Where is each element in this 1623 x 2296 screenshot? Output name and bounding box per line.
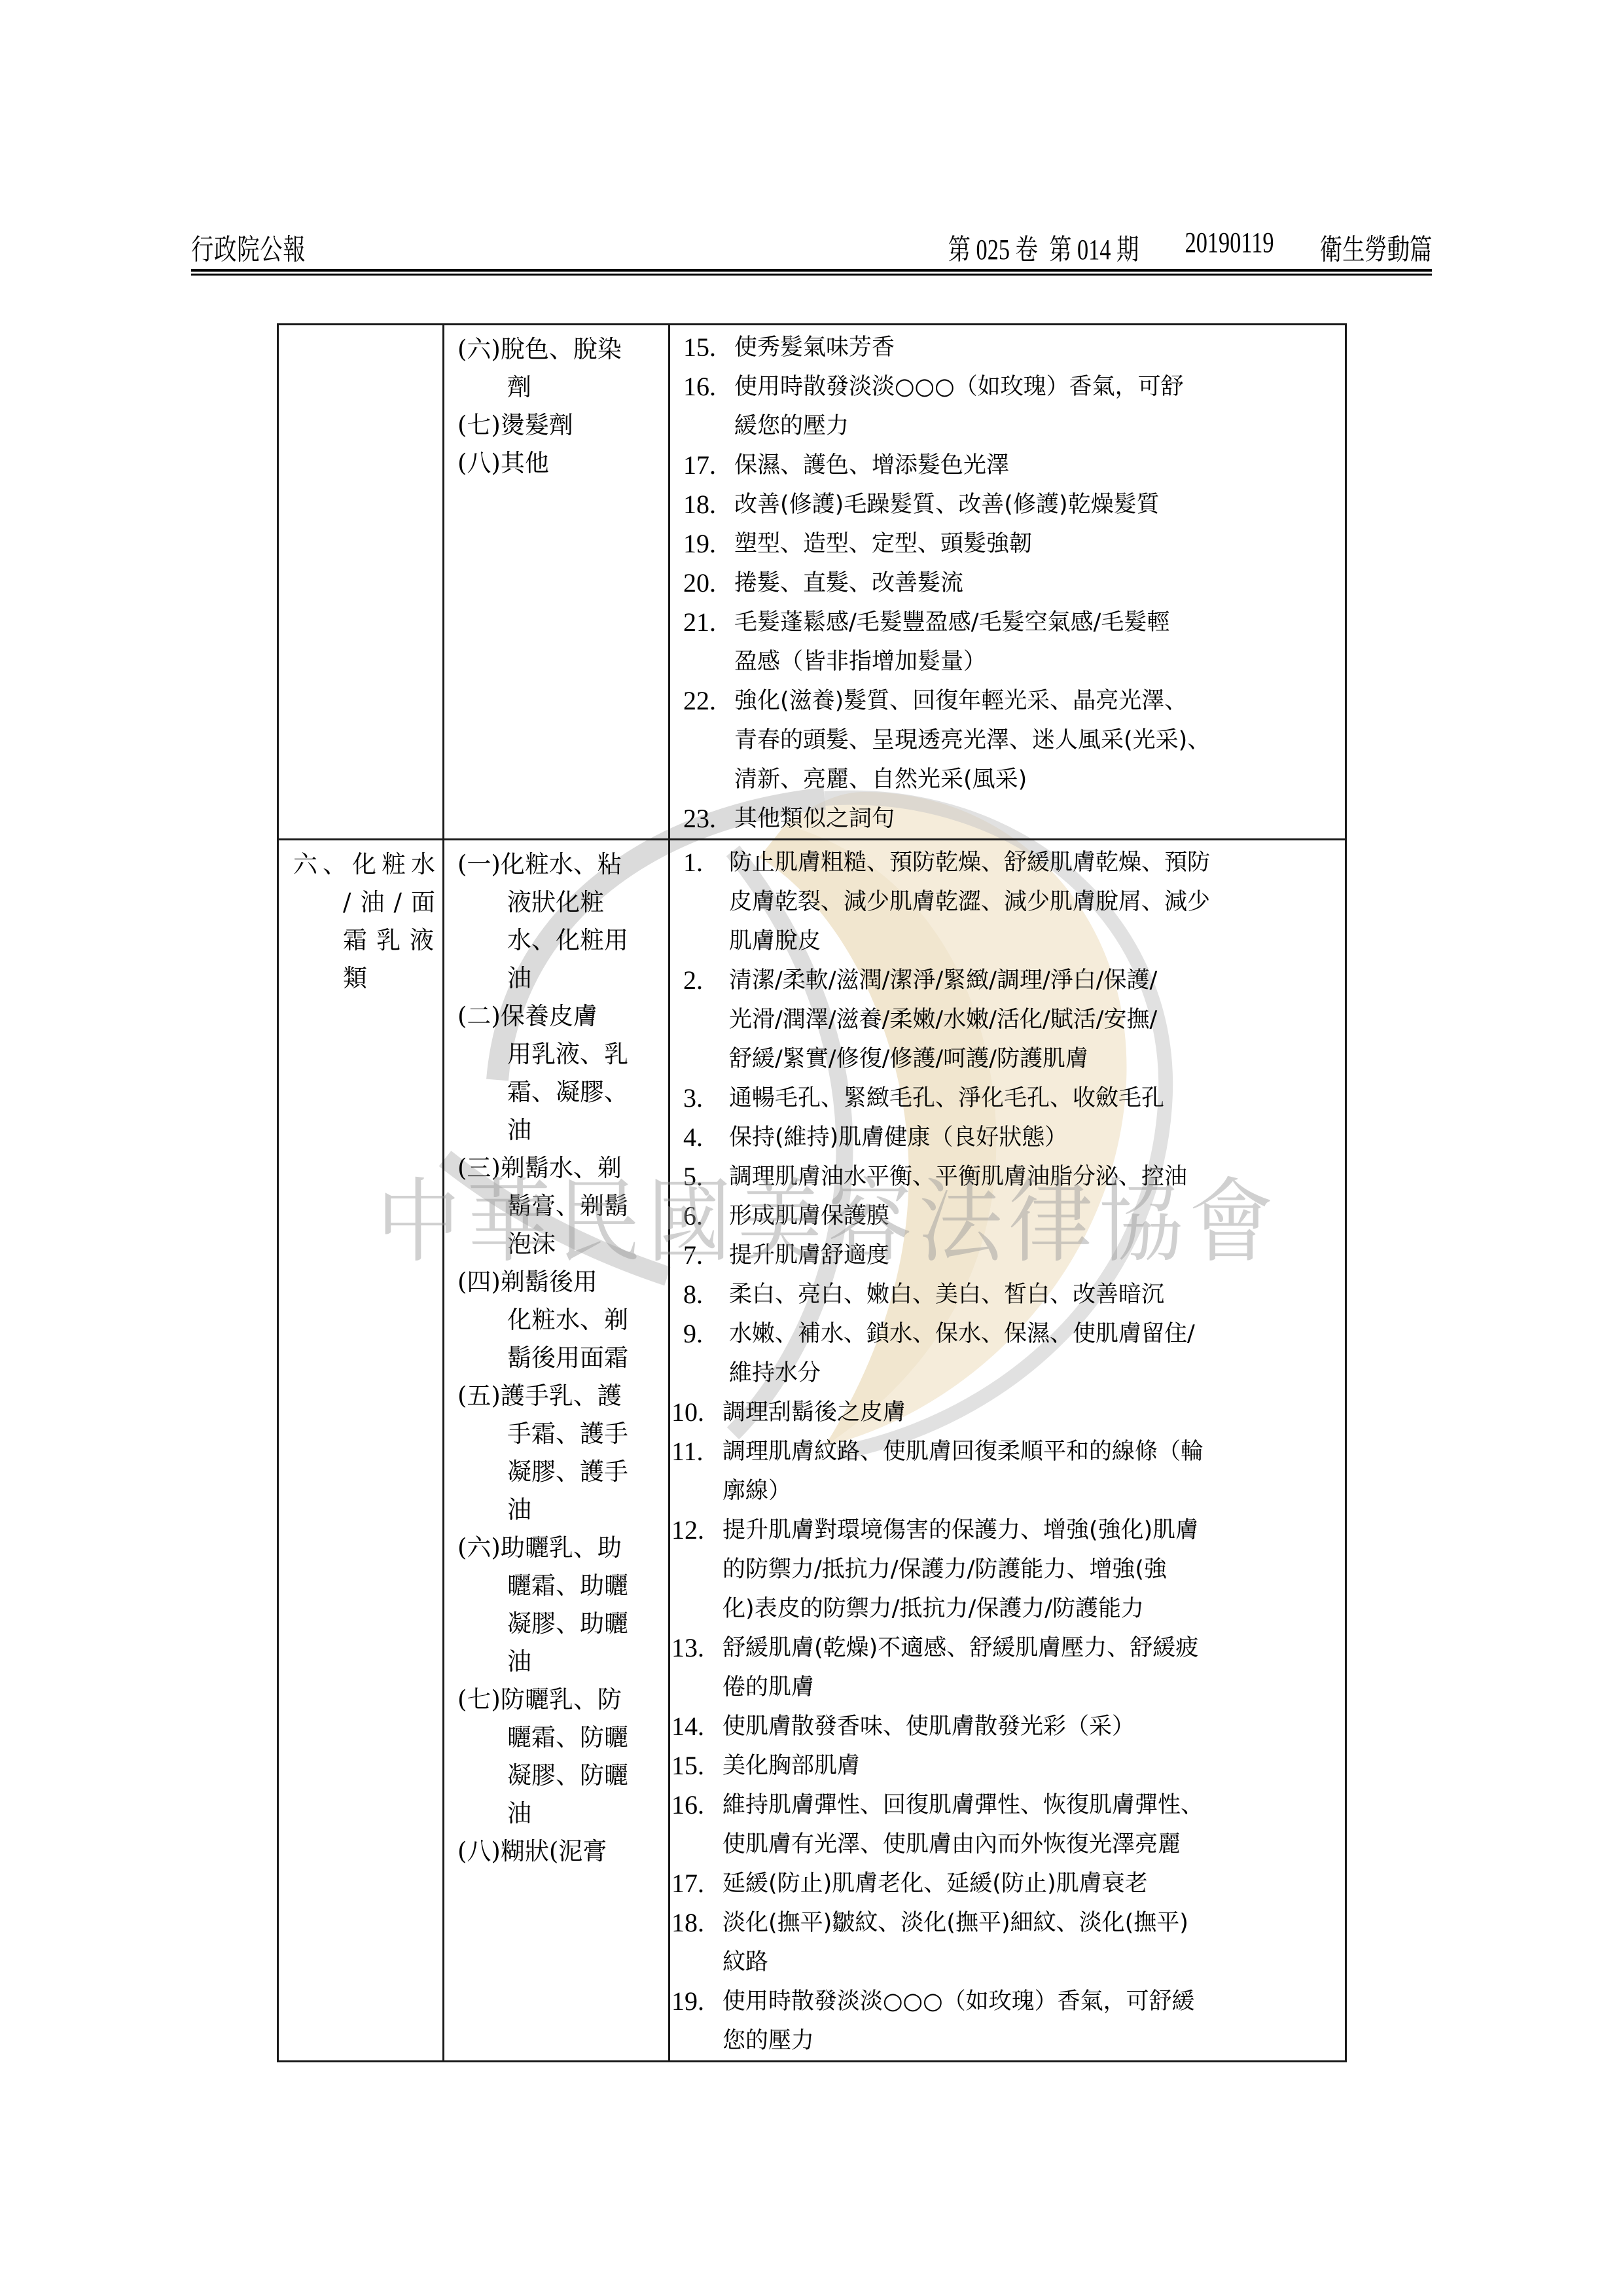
claim-number: 1. xyxy=(683,843,729,961)
subcategory-line: 手霜、護手 xyxy=(457,1415,666,1453)
header-rule-thick xyxy=(191,269,1432,272)
claim-number: 9. xyxy=(683,1314,729,1393)
claim-number: 12. xyxy=(671,1511,722,1628)
claim-item: 17.保濕、護色、增添髮色光澤 xyxy=(683,446,1338,485)
publication-name: 行政院公報 xyxy=(191,226,306,268)
claim-text: 保持(維持)肌膚健康（良好狀態） xyxy=(729,1118,1338,1157)
claim-text: 提升肌膚對環境傷害的保護力、增強(強化)肌膚 的防禦力/抵抗力/保護力/防護能力… xyxy=(722,1511,1338,1628)
claim-number: 17. xyxy=(683,446,734,485)
subcategory-line: (八)其他 xyxy=(457,444,666,482)
claim-text: 水嫩、補水、鎖水、保水、保濕、使肌膚留住/ 維持水分 xyxy=(729,1314,1338,1393)
claim-number: 3. xyxy=(683,1079,729,1118)
category-line: 類 xyxy=(293,960,436,997)
claim-text: 保濕、護色、增添髮色光澤 xyxy=(734,446,1338,485)
claim-number: 6. xyxy=(683,1196,729,1236)
claim-number: 13. xyxy=(671,1628,722,1707)
publication-date: 20190119 xyxy=(1185,226,1274,268)
claim-text: 調理肌膚紋路、使肌膚回復柔順平和的線條（輪 廓線） xyxy=(722,1432,1338,1511)
claim-number: 17. xyxy=(671,1864,722,1903)
claim-text: 調理刮鬍後之皮膚 xyxy=(722,1393,1338,1432)
claim-text: 塑型、造型、定型、頭髮強韌 xyxy=(734,524,1338,564)
subcategory-line: 鬍膏、剃鬍 xyxy=(457,1187,666,1225)
claims-table: (六)脫色、脫染 劑 (七)燙髮劑 (八)其他 15.使秀髮氣味芳香 16.使用… xyxy=(277,323,1347,2062)
claim-text: 調理肌膚油水平衡、平衡肌膚油脂分泌、控油 xyxy=(729,1157,1338,1196)
claim-item: 11.調理肌膚紋路、使肌膚回復柔順平和的線條（輪 廓線） xyxy=(683,1432,1338,1511)
claim-text: 通暢毛孔、緊緻毛孔、淨化毛孔、收斂毛孔 xyxy=(729,1079,1338,1118)
issue-info: 第 025 卷 第 014 期 20190119 衛生勞動篇 xyxy=(948,226,1432,268)
claim-number: 16. xyxy=(683,367,734,446)
claim-item: 7.提升肌膚舒適度 xyxy=(683,1236,1338,1275)
subcategory-line: 水、化粧用 xyxy=(457,922,666,960)
claim-item: 9.水嫩、補水、鎖水、保水、保濕、使肌膚留住/ 維持水分 xyxy=(683,1314,1338,1393)
subcategory-line: 油 xyxy=(457,1643,666,1681)
claim-text: 毛髮蓬鬆感/毛髮豐盈感/毛髮空氣感/毛髮輕 盈感（皆非指增加髮量） xyxy=(734,603,1338,681)
subcategory-line: (五)護手乳、護 xyxy=(457,1377,666,1415)
subcategory-line: (三)剃鬍水、剃 xyxy=(457,1149,666,1187)
header-rule-thin xyxy=(191,274,1432,276)
claim-item: 17.延緩(防止)肌膚老化、延緩(防止)肌膚衰老 xyxy=(683,1864,1338,1903)
claim-number: 21. xyxy=(683,603,734,681)
subcategory-cell: (一)化粧水、粘 液狀化粧 水、化粧用 油 (二)保養皮膚 用乳液、乳 霜、凝膠… xyxy=(444,840,669,2062)
claim-item: 12.提升肌膚對環境傷害的保護力、增強(強化)肌膚 的防禦力/抵抗力/保護力/防… xyxy=(683,1511,1338,1628)
claim-item: 15.美化胸部肌膚 xyxy=(683,1746,1338,1785)
claim-text: 延緩(防止)肌膚老化、延緩(防止)肌膚衰老 xyxy=(722,1864,1338,1903)
claim-item: 16.使用時散發淡淡○○○（如玫瑰）香氣，可舒 緩您的壓力 xyxy=(683,367,1338,446)
claim-number: 10. xyxy=(671,1393,722,1432)
claim-item: 20.捲髮、直髮、改善髮流 xyxy=(683,564,1338,603)
claim-number: 19. xyxy=(683,524,734,564)
claim-item: 16.維持肌膚彈性、回復肌膚彈性、恢復肌膚彈性、 使肌膚有光澤、使肌膚由內而外恢… xyxy=(683,1785,1338,1864)
subcategory-line: (六)脫色、脫染 xyxy=(457,331,666,368)
claim-number: 2. xyxy=(683,961,729,1079)
claim-item: 1.防止肌膚粗糙、預防乾燥、舒緩肌膚乾燥、預防 皮膚乾裂、減少肌膚乾澀、減少肌膚… xyxy=(683,843,1338,961)
claim-text: 使秀髮氣味芳香 xyxy=(734,328,1338,367)
claim-item: 18.改善(修護)毛躁髮質、改善(修護)乾燥髮質 xyxy=(683,485,1338,524)
subcategory-line: 油 xyxy=(457,1111,666,1149)
subcategory-line: (二)保養皮膚 xyxy=(457,997,666,1035)
claim-number: 7. xyxy=(683,1236,729,1275)
claim-item: 6.形成肌膚保護膜 xyxy=(683,1196,1338,1236)
subcategory-line: 油 xyxy=(457,1491,666,1529)
table-row: 六、化粧水 /油/面 霜乳液 類 (一)化粧水、粘 液狀化粧 水、化粧用 油 (… xyxy=(278,840,1346,2062)
subcategory-line: 凝膠、護手 xyxy=(457,1453,666,1491)
claim-number: 5. xyxy=(683,1157,729,1196)
claim-text: 柔白、亮白、嫩白、美白、皙白、改善暗沉 xyxy=(729,1275,1338,1314)
claim-number: 16. xyxy=(671,1785,722,1864)
page-header: 行政院公報 第 025 卷 第 014 期 20190119 衛生勞動篇 xyxy=(191,226,1432,265)
subcategory-line: 曬霜、防曬 xyxy=(457,1719,666,1757)
issue-label: 第 014 期 xyxy=(1049,226,1139,268)
claim-number: 19. xyxy=(671,1982,722,2060)
section-label: 衛生勞動篇 xyxy=(1319,226,1432,268)
claim-item: 14.使肌膚散發香味、使肌膚散發光彩（采） xyxy=(683,1707,1338,1746)
category-cell xyxy=(278,325,444,840)
claim-text: 其他類似之詞句 xyxy=(734,799,1338,838)
category-line: 六、化粧水 xyxy=(293,846,436,884)
subcategory-line: (七)防曬乳、防 xyxy=(457,1681,666,1719)
subcategory-line: 油 xyxy=(457,1795,666,1833)
category-line: /油/面 xyxy=(293,884,436,922)
claim-text: 防止肌膚粗糙、預防乾燥、舒緩肌膚乾燥、預防 皮膚乾裂、減少肌膚乾澀、減少肌膚脫屑… xyxy=(729,843,1338,961)
claim-number: 20. xyxy=(683,564,734,603)
claim-item: 18.淡化(撫平)皺紋、淡化(撫平)細紋、淡化(撫平) 紋路 xyxy=(683,1903,1338,1982)
subcategory-line: (七)燙髮劑 xyxy=(457,406,666,444)
claim-item: 13.舒緩肌膚(乾燥)不適感、舒緩肌膚壓力、舒緩疲 倦的肌膚 xyxy=(683,1628,1338,1707)
claim-item: 2.清潔/柔軟/滋潤/潔淨/緊緻/調理/淨白/保護/ 光滑/潤澤/滋養/柔嫩/水… xyxy=(683,961,1338,1079)
table-row: (六)脫色、脫染 劑 (七)燙髮劑 (八)其他 15.使秀髮氣味芳香 16.使用… xyxy=(278,325,1346,840)
subcategory-line: 曬霜、助曬 xyxy=(457,1567,666,1605)
claim-text: 淡化(撫平)皺紋、淡化(撫平)細紋、淡化(撫平) 紋路 xyxy=(722,1903,1338,1982)
claim-number: 22. xyxy=(683,681,734,799)
subcategory-cell: (六)脫色、脫染 劑 (七)燙髮劑 (八)其他 xyxy=(444,325,669,840)
claim-item: 4.保持(維持)肌膚健康（良好狀態） xyxy=(683,1118,1338,1157)
claim-item: 22.強化(滋養)髮質、回復年輕光采、晶亮光澤、 青春的頭髮、呈現透亮光澤、迷人… xyxy=(683,681,1338,799)
claim-item: 15.使秀髮氣味芳香 xyxy=(683,328,1338,367)
claim-text: 使肌膚散發香味、使肌膚散發光彩（采） xyxy=(722,1707,1338,1746)
claim-number: 15. xyxy=(683,328,734,367)
claims-cell: 15.使秀髮氣味芳香 16.使用時散發淡淡○○○（如玫瑰）香氣，可舒 緩您的壓力… xyxy=(669,325,1346,840)
subcategory-line: 化粧水、剃 xyxy=(457,1301,666,1339)
claim-item: 21.毛髮蓬鬆感/毛髮豐盈感/毛髮空氣感/毛髮輕 盈感（皆非指增加髮量） xyxy=(683,603,1338,681)
subcategory-line: 用乳液、乳 xyxy=(457,1035,666,1073)
claim-number: 14. xyxy=(671,1707,722,1746)
claim-item: 5.調理肌膚油水平衡、平衡肌膚油脂分泌、控油 xyxy=(683,1157,1338,1196)
subcategory-line: (一)化粧水、粘 xyxy=(457,846,666,884)
category-line: 霜乳液 xyxy=(293,922,436,960)
claim-text: 提升肌膚舒適度 xyxy=(729,1236,1338,1275)
claim-number: 8. xyxy=(683,1275,729,1314)
claim-text: 使用時散發淡淡○○○（如玫瑰）香氣，可舒緩 您的壓力 xyxy=(722,1982,1338,2060)
subcategory-line: (六)助曬乳、助 xyxy=(457,1529,666,1567)
claim-number: 11. xyxy=(671,1432,722,1511)
subcategory-line: (四)剃鬍後用 xyxy=(457,1263,666,1301)
claim-text: 使用時散發淡淡○○○（如玫瑰）香氣，可舒 緩您的壓力 xyxy=(734,367,1338,446)
claim-item: 10.調理刮鬍後之皮膚 xyxy=(683,1393,1338,1432)
subcategory-line: 泡沫 xyxy=(457,1225,666,1263)
claim-number: 18. xyxy=(671,1903,722,1982)
claims-cell: 1.防止肌膚粗糙、預防乾燥、舒緩肌膚乾燥、預防 皮膚乾裂、減少肌膚乾澀、減少肌膚… xyxy=(669,840,1346,2062)
claim-number: 15. xyxy=(671,1746,722,1785)
claim-text: 改善(修護)毛躁髮質、改善(修護)乾燥髮質 xyxy=(734,485,1338,524)
subcategory-line: 液狀化粧 xyxy=(457,884,666,922)
subcategory-line: 凝膠、防曬 xyxy=(457,1757,666,1795)
subcategory-line: 凝膠、助曬 xyxy=(457,1605,666,1643)
claim-item: 19.塑型、造型、定型、頭髮強韌 xyxy=(683,524,1338,564)
subcategory-line: 油 xyxy=(457,960,666,997)
subcategory-line: 鬍後用面霜 xyxy=(457,1339,666,1377)
claim-text: 強化(滋養)髮質、回復年輕光采、晶亮光澤、 青春的頭髮、呈現透亮光澤、迷人風采(… xyxy=(734,681,1338,799)
claim-item: 23.其他類似之詞句 xyxy=(683,799,1338,838)
claim-item: 19.使用時散發淡淡○○○（如玫瑰）香氣，可舒緩 您的壓力 xyxy=(683,1982,1338,2060)
claim-text: 維持肌膚彈性、回復肌膚彈性、恢復肌膚彈性、 使肌膚有光澤、使肌膚由內而外恢復光澤… xyxy=(722,1785,1338,1864)
subcategory-line: 劑 xyxy=(457,368,666,406)
claim-text: 清潔/柔軟/滋潤/潔淨/緊緻/調理/淨白/保護/ 光滑/潤澤/滋養/柔嫩/水嫩/… xyxy=(729,961,1338,1079)
claim-number: 18. xyxy=(683,485,734,524)
subcategory-line: 霜、凝膠、 xyxy=(457,1073,666,1111)
claim-text: 舒緩肌膚(乾燥)不適感、舒緩肌膚壓力、舒緩疲 倦的肌膚 xyxy=(722,1628,1338,1707)
volume-label: 第 025 卷 xyxy=(948,226,1037,268)
claim-text: 捲髮、直髮、改善髮流 xyxy=(734,564,1338,603)
claim-number: 23. xyxy=(683,799,734,838)
claim-item: 3.通暢毛孔、緊緻毛孔、淨化毛孔、收斂毛孔 xyxy=(683,1079,1338,1118)
category-cell: 六、化粧水 /油/面 霜乳液 類 xyxy=(278,840,444,2062)
claim-item: 8.柔白、亮白、嫩白、美白、皙白、改善暗沉 xyxy=(683,1275,1338,1314)
claim-text: 形成肌膚保護膜 xyxy=(729,1196,1338,1236)
subcategory-line: (八)糊狀(泥膏 xyxy=(457,1833,666,1871)
claim-number: 4. xyxy=(683,1118,729,1157)
claim-text: 美化胸部肌膚 xyxy=(722,1746,1338,1785)
